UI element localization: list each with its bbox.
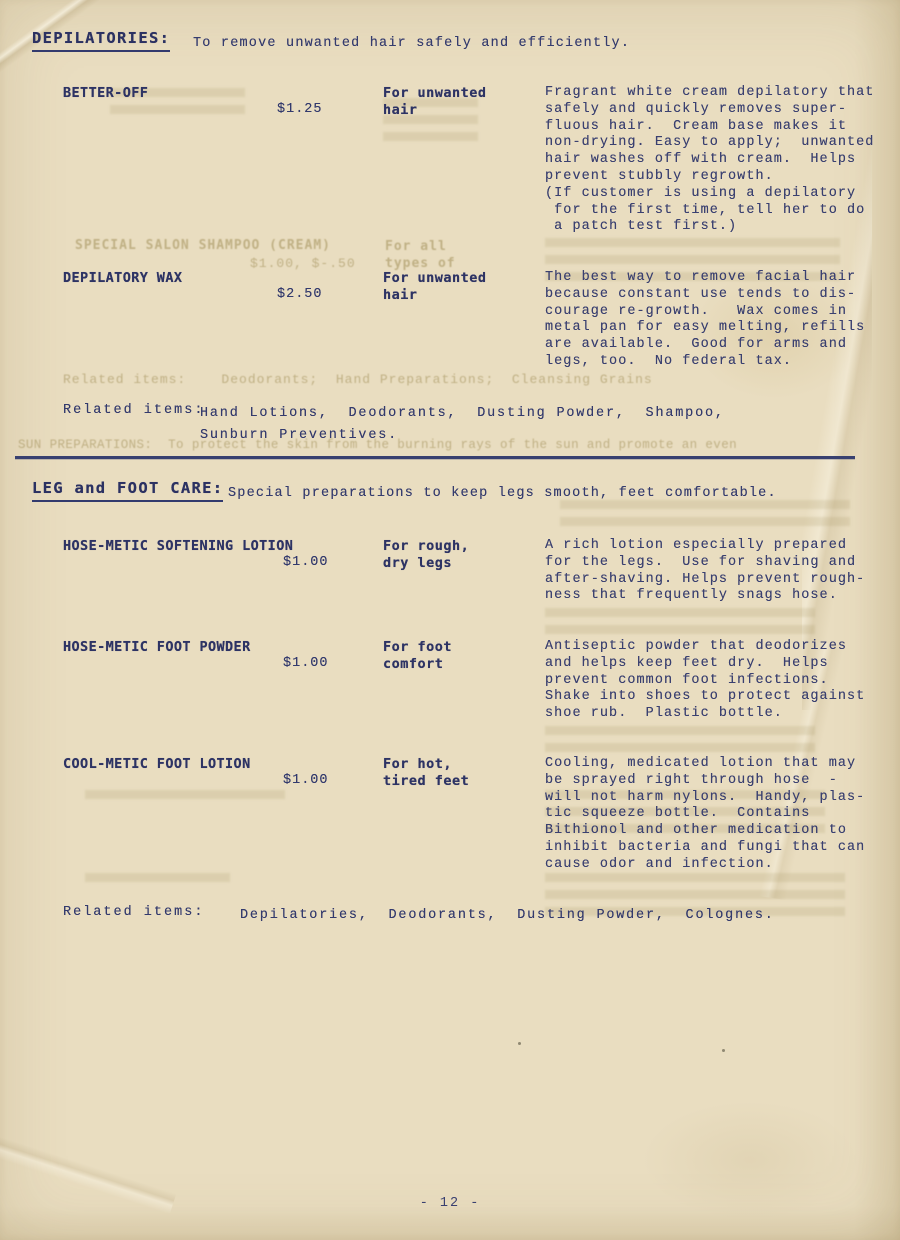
section-title: LEG and FOOT CARE: <box>32 479 223 502</box>
product-description: Cooling, medicated lotion that may be sp… <box>545 756 865 874</box>
section-depilatories-header: DEPILATORIES: <box>32 29 170 48</box>
page-number: - 12 - <box>0 1196 900 1211</box>
product-price: $1.00 <box>283 656 329 671</box>
product-name: BETTER-OFF <box>63 85 148 101</box>
related-items-text: Hand Lotions, Deodorants, Dusting Powder… <box>200 403 725 447</box>
product-use: For hot, tired feet <box>383 756 469 790</box>
ghost-text-line: SPECIAL SALON SHAMPOO (CREAM) <box>75 238 331 253</box>
section-title: DEPILATORIES: <box>32 29 170 52</box>
product-use: For rough, dry legs <box>383 538 469 572</box>
related-items-label: Related items: <box>63 905 204 920</box>
product-use: For unwanted hair <box>383 85 487 119</box>
ink-speck <box>518 1042 521 1045</box>
ghost-text-smudge <box>85 873 230 887</box>
paper-edge-shading <box>0 1206 900 1240</box>
divider-rule <box>15 456 855 459</box>
section-leg-foot-header: LEG and FOOT CARE: <box>32 479 223 498</box>
product-name: HOSE-METIC SOFTENING LOTION <box>63 538 293 554</box>
product-price: $1.25 <box>277 102 323 117</box>
ink-speck <box>722 1049 725 1052</box>
product-price: $1.00 <box>283 555 329 570</box>
product-description: The best way to remove facial hair becau… <box>545 270 865 371</box>
catalog-page: SPECIAL SALON SHAMPOO (CREAM) $1.00, $-.… <box>0 0 900 1240</box>
product-name: DEPILATORY WAX <box>63 270 182 286</box>
product-price: $1.00 <box>283 773 329 788</box>
related-items-text: Depilatories, Deodorants, Dusting Powder… <box>240 905 775 927</box>
ghost-text-line: Related items: Deodorants; Hand Preparat… <box>63 372 653 387</box>
product-description: A rich lotion especially prepared for th… <box>545 538 865 605</box>
product-use: For foot comfort <box>383 639 452 673</box>
product-description: Antiseptic powder that deodorizes and he… <box>545 639 865 723</box>
related-items-label: Related items: <box>63 403 204 418</box>
section-tagline: To remove unwanted hair safely and effic… <box>193 36 630 51</box>
product-price: $2.50 <box>277 287 323 302</box>
product-name: COOL-METIC FOOT LOTION <box>63 756 251 772</box>
product-use: For unwanted hair <box>383 270 487 304</box>
product-name: HOSE-METIC FOOT POWDER <box>63 639 251 655</box>
ghost-text-line: For all types of <box>385 238 456 272</box>
ghost-text-smudge <box>545 608 815 636</box>
ghost-text-smudge <box>85 790 285 804</box>
product-description: Fragrant white cream depilatory that saf… <box>545 85 874 236</box>
ghost-text-line: $1.00, $-.50 <box>250 256 356 271</box>
section-tagline: Special preparations to keep legs smooth… <box>228 486 777 501</box>
